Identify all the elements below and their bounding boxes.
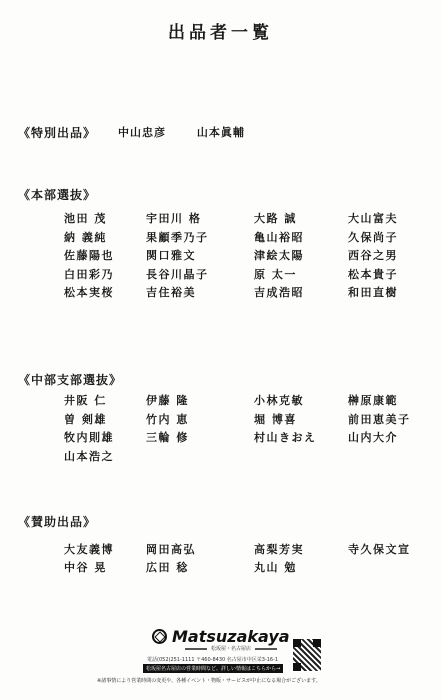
exhibitor-name: 原 太一 — [254, 266, 297, 282]
info-banner: 松坂屋名古屋店の営業時間など、詳しい情報はこちらから→ — [143, 664, 283, 673]
matsuzakaya-logo: Matsuzakaya — [152, 627, 290, 646]
divider — [255, 648, 277, 650]
exhibitor-name: 果顧季乃子 — [146, 229, 209, 245]
exhibitor-name: 高梨芳実 — [254, 541, 304, 557]
exhibitor-name: 関口雅文 — [146, 247, 196, 263]
exhibitor-name: 和田直樹 — [348, 284, 398, 300]
section-heading-sanjo: 《賛助出品》 — [18, 513, 96, 530]
footer: Matsuzakaya 松坂屋・名古屋店 電話(052)251-1111 〒46… — [0, 625, 441, 700]
special-names: 中山忠彦 山本眞輔 — [118, 124, 271, 140]
section-heading-honbu: 《本部選抜》 — [18, 186, 96, 203]
exhibitor-name: 井阪 仁 — [64, 392, 107, 408]
notice-text: ※諸事情により営業時間の変更や、各種イベント・物販・サービスが中止になる場合がご… — [97, 677, 321, 684]
exhibitor-name: 竹内 恵 — [146, 411, 189, 427]
exhibitor-name: 西谷之男 — [348, 247, 398, 263]
exhibitor-name: 納 義純 — [64, 229, 107, 245]
exhibitor-name: 寺久保文宣 — [348, 541, 411, 557]
contact-info: 電話(052)251-1111 〒460-8430 名古屋市中区栄3-16-1 — [147, 656, 278, 663]
divider — [185, 648, 207, 650]
exhibitor-name: 宇田川 格 — [146, 210, 201, 226]
exhibitor-name: 山本眞輔 — [197, 126, 245, 139]
exhibitor-name: 岡田高弘 — [146, 541, 196, 557]
page-title: 出品者一覧 — [0, 18, 441, 43]
exhibitor-name: 山本浩之 — [64, 448, 114, 464]
qr-code-icon[interactable] — [292, 638, 322, 672]
exhibitor-name: 牧内則雄 — [64, 429, 114, 445]
exhibitor-name: 津絵太陽 — [254, 247, 304, 263]
exhibitor-name: 榊原康範 — [348, 392, 398, 408]
exhibitor-name: 吉成浩昭 — [254, 284, 304, 300]
section-heading-special: 《特別出品》 — [18, 124, 96, 141]
exhibitor-name: 大山富夫 — [348, 210, 398, 226]
exhibitor-name: 伊藤 隆 — [146, 392, 189, 408]
exhibitor-name: 長谷川晶子 — [146, 266, 209, 282]
exhibitor-name: 松本実桜 — [64, 284, 114, 300]
exhibitor-name: 吉住裕美 — [146, 284, 196, 300]
exhibitor-name: 池田 茂 — [64, 210, 107, 226]
logo-subtitle-text: 松坂屋・名古屋店 — [211, 645, 251, 652]
exhibitor-name: 曽 剣雄 — [64, 411, 107, 427]
exhibitor-name: 広田 稔 — [146, 559, 189, 575]
logo-subtitle: 松坂屋・名古屋店 — [185, 645, 277, 652]
logo-text: Matsuzakaya — [172, 627, 290, 646]
exhibitor-name: 小林克敏 — [254, 392, 304, 408]
exhibitor-name: 亀山裕昭 — [254, 229, 304, 245]
matsuzakaya-emblem-icon — [152, 629, 167, 644]
exhibitor-name: 山内大介 — [348, 429, 398, 445]
exhibitor-name: 佐藤陽也 — [64, 247, 114, 263]
exhibitor-name: 大友義博 — [64, 541, 114, 557]
exhibitor-name: 白田彩乃 — [64, 266, 114, 282]
section-heading-chubu: 《中部支部選抜》 — [18, 371, 122, 388]
exhibitor-name: 中谷 晃 — [64, 559, 107, 575]
exhibitor-name: 丸山 勉 — [254, 559, 297, 575]
exhibitor-name: 松本貴子 — [348, 266, 398, 282]
exhibitor-name: 大路 誠 — [254, 210, 297, 226]
exhibitor-name: 中山忠彦 — [118, 126, 166, 139]
exhibitor-name: 村山きおえ — [254, 429, 317, 445]
exhibitor-name: 久保尚子 — [348, 229, 398, 245]
exhibitor-name: 三輪 修 — [146, 429, 189, 445]
exhibitor-name: 堀 博喜 — [254, 411, 297, 427]
exhibitor-name: 前田恵美子 — [348, 411, 411, 427]
